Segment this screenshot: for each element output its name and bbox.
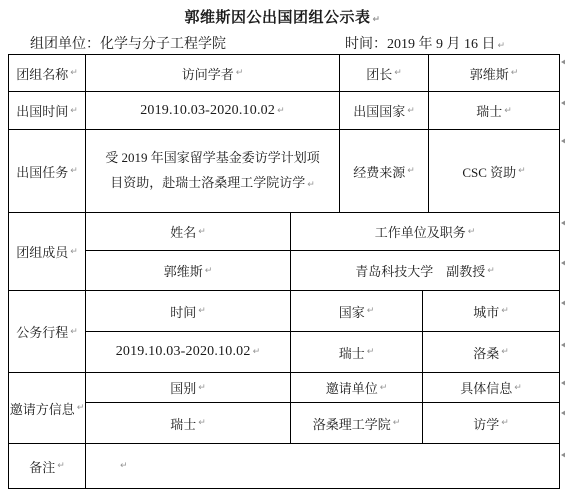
cell-leader-label: 团长↵ — [340, 55, 429, 91]
paragraph-mark-icon: ↵ — [307, 180, 315, 190]
task-description-line1: 受 2019 年国家留学基金委访学计划项 — [86, 145, 339, 170]
cell-itinerary-country-header: 国家↵ — [291, 291, 423, 331]
cell-text: 公务行程 — [16, 322, 68, 341]
table-row-remarks: 备注↵ ↵ — [9, 444, 559, 488]
cell-member-unit-header: 工作单位及职务↵ — [291, 213, 559, 250]
row-end-mark-icon — [561, 300, 565, 306]
row-end-mark-icon — [561, 220, 565, 226]
cell-text: 出国任务 — [16, 162, 68, 181]
cell-funding-value: CSC 资助↵ — [429, 130, 559, 212]
paragraph-mark-icon: ↵ — [394, 68, 402, 78]
paragraph-mark-icon: ↵ — [501, 306, 509, 316]
paragraph-mark-icon: ↵ — [57, 461, 65, 471]
cell-text: 郭维斯 — [164, 261, 203, 280]
row-end-mark-icon — [561, 260, 565, 266]
paragraph-mark-icon: ↵ — [253, 347, 261, 357]
cell-text: 团组成员 — [16, 242, 68, 261]
cell-itinerary-city-header: 城市↵ — [423, 291, 559, 331]
paragraph-mark-icon: ↵ — [198, 418, 206, 428]
row-end-mark-icon — [561, 100, 565, 106]
cell-text: 国别 — [170, 378, 196, 397]
table-block-members: 团组成员↵ 姓名↵ 工作单位及职务↵ 郭维斯↵ 青岛科技大学 副教授↵ — [9, 213, 559, 291]
cell-funding-label: 经费来源↵ — [340, 130, 429, 212]
cell-members-label: 团组成员↵ — [9, 213, 86, 290]
cell-text: 出国时间 — [16, 101, 68, 120]
cell-text: 邀请方信息 — [10, 399, 75, 418]
paragraph-mark-icon: ↵ — [70, 327, 78, 337]
cell-text: CSC 资助 — [462, 162, 516, 181]
cell-abroad-task-label: 出国任务↵ — [9, 130, 86, 212]
inviter-header-row: 国别↵ 邀请单位↵ 具体信息↵ — [86, 373, 559, 403]
paragraph-mark-icon: ↵ — [518, 166, 526, 176]
cell-member-name-header: 姓名↵ — [86, 213, 291, 250]
table-row-abroad-time: 出国时间↵ 2019.10.03-2020.10.02↵ 出国国家↵ 瑞士↵ — [9, 92, 559, 130]
cell-group-name-value: 访问学者↵ — [86, 55, 340, 91]
paragraph-mark-icon: ↵ — [380, 383, 388, 393]
table-row-abroad-task: 出国任务↵ 受 2019 年国家留学基金委访学计划项 目资助，赴瑞士洛桑理工学院… — [9, 130, 559, 213]
cell-itinerary-city: 洛桑↵ — [423, 332, 559, 372]
announcement-table: 团组名称↵ 访问学者↵ 团长↵ 郭维斯↵ 出国时间↵ 2019.10.03-20… — [8, 54, 560, 489]
paragraph-mark-icon: ↵ — [120, 461, 128, 471]
cell-text: 具体信息 — [460, 378, 512, 397]
paragraph-mark-icon: ↵ — [407, 166, 415, 176]
cell-abroad-time-label: 出国时间↵ — [9, 92, 86, 129]
cell-itinerary-time: 2019.10.03-2020.10.02↵ — [86, 332, 291, 372]
paragraph-mark-icon: ↵ — [70, 68, 78, 78]
paragraph-mark-icon: ↵ — [236, 68, 244, 78]
cell-text: 工作单位及职务 — [375, 222, 466, 241]
table-row-group-name: 团组名称↵ 访问学者↵ 团长↵ 郭维斯↵ — [9, 55, 559, 92]
paragraph-mark-icon: ↵ — [70, 166, 78, 176]
row-end-mark-icon — [561, 59, 565, 65]
cell-itinerary-label: 公务行程↵ — [9, 291, 86, 372]
itinerary-data-row: 2019.10.03-2020.10.02↵ 瑞士↵ 洛桑↵ — [86, 332, 559, 372]
cell-text: 团组名称 — [16, 64, 68, 83]
cell-text: 郭维斯 — [470, 64, 509, 83]
cell-inviter-country: 瑞士↵ — [86, 403, 291, 443]
members-content: 姓名↵ 工作单位及职务↵ 郭维斯↵ 青岛科技大学 副教授↵ — [86, 213, 559, 290]
cell-text: 青岛科技大学 副教授 — [355, 261, 485, 280]
cell-text: 国家 — [339, 302, 365, 321]
paragraph-mark-icon: ↵ — [70, 106, 78, 116]
paragraph-mark-icon: ↵ — [393, 418, 401, 428]
cell-text: 瑞士 — [476, 101, 502, 120]
paragraph-mark-icon: ↵ — [468, 227, 476, 237]
cell-leader-value: 郭维斯↵ — [429, 55, 559, 91]
cell-text: 2019.10.03-2020.10.02 — [116, 344, 251, 360]
document-page: 郭维斯因公出国团组公示表↵ 组团单位：化学与分子工程学院 时间：2019 年 9… — [0, 0, 565, 491]
row-end-mark-icon — [561, 410, 565, 416]
inviter-content: 国别↵ 邀请单位↵ 具体信息↵ 瑞士↵ 洛桑理工学院↵ 访学↵ — [86, 373, 559, 443]
cell-abroad-country-label: 出国国家↵ — [340, 92, 429, 129]
paragraph-mark-icon: ↵ — [198, 306, 206, 316]
task-description-line2-wrap: 目资助，赴瑞士洛桑理工学院访学↵ — [86, 170, 339, 198]
itinerary-content: 时间↵ 国家↵ 城市↵ 2019.10.03-2020.10.02↵ 瑞士↵ 洛… — [86, 291, 559, 372]
cell-text: 瑞士 — [339, 343, 365, 362]
cell-text: 备注 — [29, 457, 55, 476]
meta-group-unit-text: 组团单位：化学与分子工程学院 — [30, 37, 226, 52]
cell-text: 2019.10.03-2020.10.02 — [140, 103, 275, 119]
row-end-mark-icon — [561, 380, 565, 386]
paragraph-mark-icon: ↵ — [501, 347, 509, 357]
paragraph-mark-icon: ↵ — [501, 418, 509, 428]
row-end-mark-icon — [561, 452, 565, 458]
paragraph-mark-icon: ↵ — [514, 383, 522, 393]
task-description-line2: 目资助，赴瑞士洛桑理工学院访学 — [110, 175, 305, 190]
cell-text: 姓名 — [170, 222, 196, 241]
paragraph-mark-icon: ↵ — [511, 68, 519, 78]
row-end-mark-icon — [561, 138, 565, 144]
cell-inviter-org-header: 邀请单位↵ — [291, 373, 423, 402]
paragraph-mark-icon: ↵ — [372, 15, 380, 25]
page-title: 郭维斯因公出国团组公示表↵ — [0, 6, 565, 27]
meta-date-text: 时间：2019 年 9 月 16 日 — [345, 37, 496, 52]
cell-text: 团长 — [366, 64, 392, 83]
cell-itinerary-time-header: 时间↵ — [86, 291, 291, 331]
paragraph-mark-icon: ↵ — [367, 306, 375, 316]
paragraph-mark-icon: ↵ — [205, 266, 213, 276]
paragraph-mark-icon: ↵ — [367, 347, 375, 357]
cell-inviter-info-header: 具体信息↵ — [423, 373, 559, 402]
paragraph-mark-icon: ↵ — [198, 383, 206, 393]
cell-inviter-org: 洛桑理工学院↵ — [291, 403, 423, 443]
cell-remarks-value: ↵ — [86, 444, 559, 488]
cell-inviter-label: 邀请方信息↵ — [9, 373, 86, 443]
members-data-row: 郭维斯↵ 青岛科技大学 副教授↵ — [86, 251, 559, 290]
cell-member-name: 郭维斯↵ — [86, 251, 291, 290]
paragraph-mark-icon: ↵ — [407, 106, 415, 116]
paragraph-mark-icon: ↵ — [277, 106, 285, 116]
cell-abroad-country-value: 瑞士↵ — [429, 92, 559, 129]
cell-text: 访问学者 — [182, 64, 234, 83]
page-title-text: 郭维斯因公出国团组公示表 — [184, 10, 370, 26]
table-block-itinerary: 公务行程↵ 时间↵ 国家↵ 城市↵ 2019.10.03-2020.10.02↵… — [9, 291, 559, 373]
cell-inviter-info: 访学↵ — [423, 403, 559, 443]
meta-date: 时间：2019 年 9 月 16 日↵ — [345, 33, 505, 53]
paragraph-mark-icon: ↵ — [198, 227, 206, 237]
cell-text: 出国国家 — [353, 101, 405, 120]
cell-text: 邀请单位 — [326, 378, 378, 397]
meta-group-unit: 组团单位：化学与分子工程学院 — [30, 33, 226, 53]
itinerary-header-row: 时间↵ 国家↵ 城市↵ — [86, 291, 559, 332]
inviter-data-row: 瑞士↵ 洛桑理工学院↵ 访学↵ — [86, 403, 559, 443]
cell-text: 城市 — [473, 302, 499, 321]
cell-text: 时间 — [170, 302, 196, 321]
members-header-row: 姓名↵ 工作单位及职务↵ — [86, 213, 559, 251]
paragraph-mark-icon: ↵ — [77, 403, 85, 413]
cell-text: 经费来源 — [353, 162, 405, 181]
task-description: 受 2019 年国家留学基金委访学计划项 目资助，赴瑞士洛桑理工学院访学↵ — [86, 145, 339, 198]
row-end-mark-icon — [561, 342, 565, 348]
cell-remarks-label: 备注↵ — [9, 444, 86, 488]
table-block-inviter: 邀请方信息↵ 国别↵ 邀请单位↵ 具体信息↵ 瑞士↵ 洛桑理工学院↵ 访学↵ — [9, 373, 559, 444]
cell-text: 瑞士 — [170, 414, 196, 433]
cell-text: 访学 — [473, 414, 499, 433]
cell-abroad-time-value: 2019.10.03-2020.10.02↵ — [86, 92, 340, 129]
paragraph-mark-icon: ↵ — [498, 41, 506, 51]
paragraph-mark-icon: ↵ — [487, 266, 495, 276]
cell-group-name-label: 团组名称↵ — [9, 55, 86, 91]
paragraph-mark-icon: ↵ — [504, 106, 512, 116]
cell-member-unit: 青岛科技大学 副教授↵ — [291, 251, 559, 290]
cell-inviter-country-header: 国别↵ — [86, 373, 291, 402]
cell-abroad-task-value: 受 2019 年国家留学基金委访学计划项 目资助，赴瑞士洛桑理工学院访学↵ — [86, 130, 340, 212]
cell-text: 洛桑理工学院 — [313, 414, 391, 433]
cell-itinerary-country: 瑞士↵ — [291, 332, 423, 372]
paragraph-mark-icon: ↵ — [70, 247, 78, 257]
cell-text: 洛桑 — [473, 343, 499, 362]
